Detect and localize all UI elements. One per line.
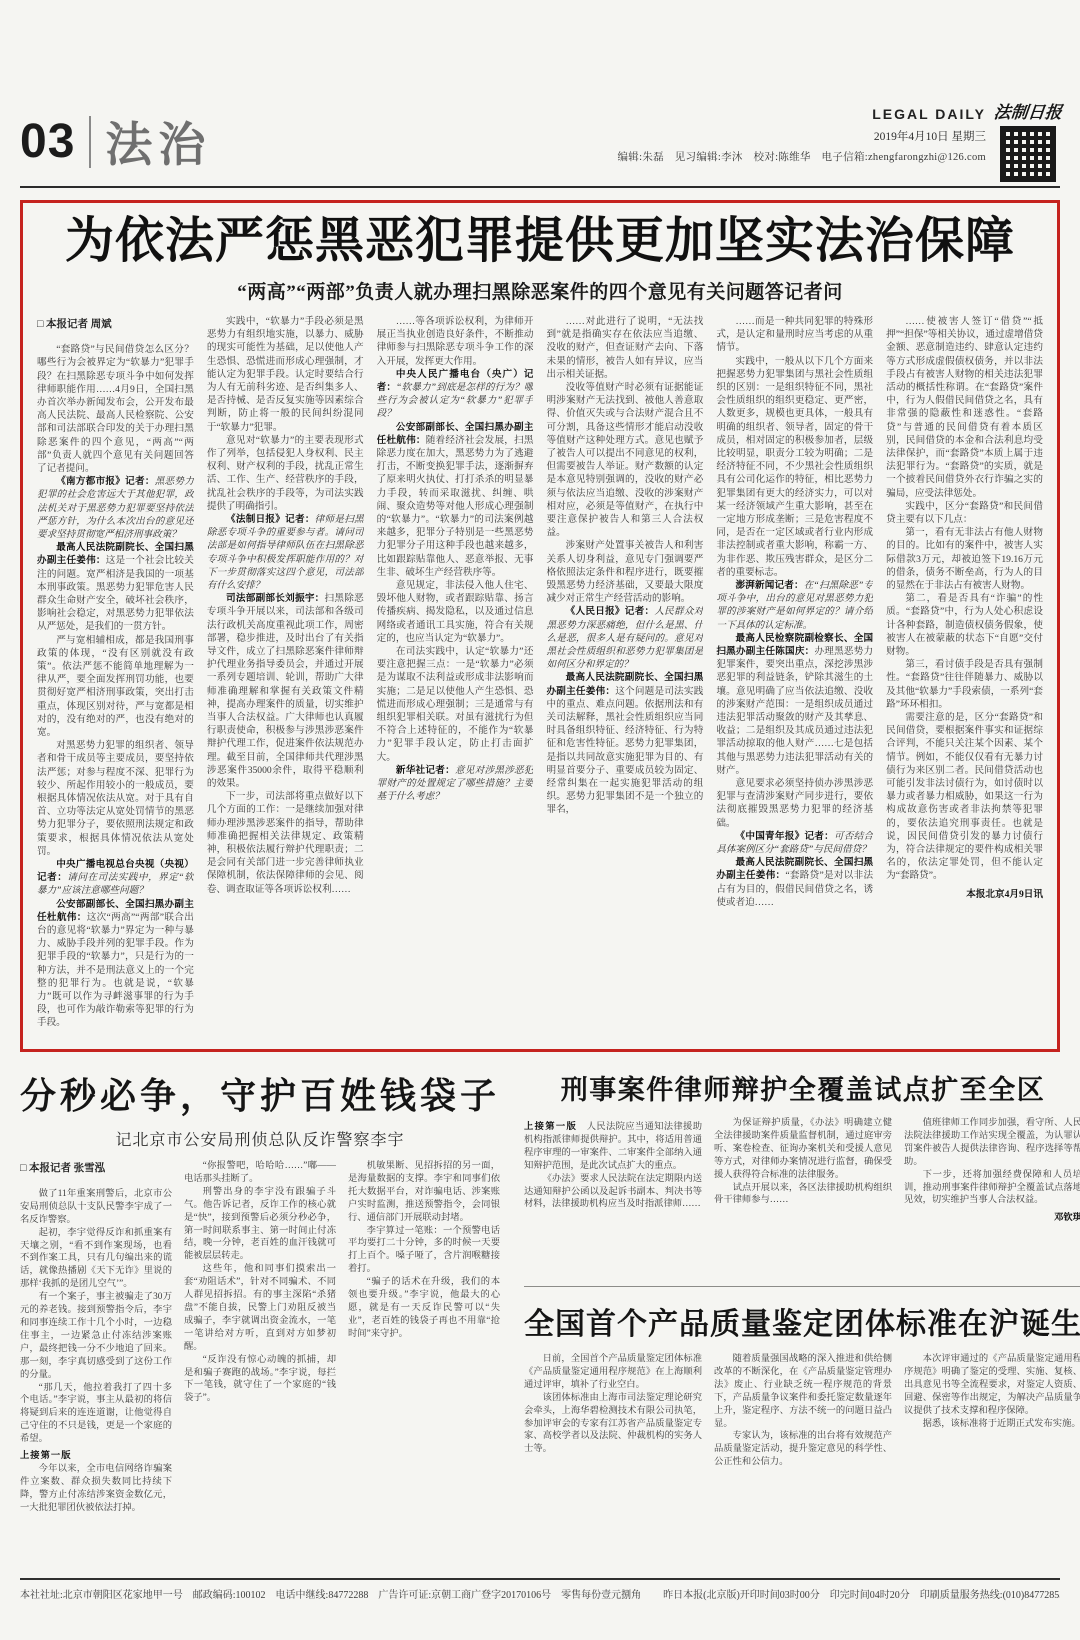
main-article-columns: □ 本报记者 周斌“套路贷”与民间借贷怎么区分？哪些行为会被界定为“软暴力”犯罪… <box>37 315 1043 1045</box>
masthead-divider <box>89 116 91 168</box>
paragraph: “那几天，他拉着我打了四十多个电话。”李宇说，事主从最初的将信将疑到后来的连连道… <box>20 1382 172 1447</box>
paragraph: ……使被害人签订“借贷”“抵押”“担保”等相关协议，通过虚增借贷金额、恶意制造违… <box>886 315 1043 500</box>
horizontal-divider <box>524 1286 1080 1287</box>
paragraph: 意见规定，非法侵入他人住宅、毁坏他人财物，或者跟踪贴靠、扬言传播疾病、揭发隐私，… <box>377 579 534 645</box>
issue-date: 2019年4月10日 星期三 <box>618 128 987 144</box>
text-column: 上接第一版 人民法院应当通知法律援助机构指派律师提供辩护。其中，将适用普通程序审… <box>524 1117 702 1273</box>
article-2: 分秒必争，守护百姓钱袋子 记北京市公安局刑侦总队反诈警察李宇 □ 本报记者 张雪… <box>20 1068 500 1560</box>
paragraph: 试点开展以来，各区法律援助机构组织骨干律师参与…… <box>714 1182 892 1208</box>
article-3: 刑事案件律师辩护全覆盖试点扩至全区 上接第一版 人民法院应当通知法律援助机构指派… <box>524 1068 1080 1273</box>
paragraph: 本次评审通过的《产品质量鉴定通用程序规范》明确了鉴定的受理、实施、复核、出具意见… <box>904 1353 1080 1418</box>
paragraph: 实践中，“软暴力”手段必须是黑恶势力有组织地实施，以暴力、威胁的现实可能性为基础… <box>207 315 364 434</box>
interview-answer: 最高人民法院副院长、全国扫黑办副主任姜伟：这个问题是司法实践中的重点、难点问题。… <box>546 671 703 816</box>
paragraph: “骗子的话术在升级，我们的本领也要升级。”李宇说，他最大的心愿，就是有一天反诈民… <box>348 1276 500 1341</box>
interview-answer: 最高人民法院副院长、全国扫黑办副主任姜伟：这是一个社会比较关注的问题。宽严相济是… <box>37 541 194 633</box>
continued-from-page-one-marker: 上接第一版 人民法院应当通知法律援助机构指派律师提供辩护。其中，将适用普通程序审… <box>524 1121 702 1173</box>
footer-right: 昨日本报(北京版)开印时间03时00分 印完时间04时20分 印刷质量服务热线:… <box>663 1586 1060 1601</box>
paper-name-english: LEGAL DAILY <box>618 106 987 122</box>
paragraph: ……而是一种共同犯罪的特殊形式，是认定和量刑时应当考虑的从重情节。 <box>716 315 873 355</box>
main-headline: 为依法严惩黑恶犯罪提供更加坚实法治保障 <box>37 215 1043 268</box>
interview-question: 《南方都市报》记者：黑恶势力犯罪的社会危害远大于其他犯罪，政法机关对于黑恶势力犯… <box>37 475 194 541</box>
byline: □ 本报记者 周斌 <box>37 318 194 331</box>
page-number: 03 <box>20 114 75 169</box>
paragraph: 在司法实践中，认定“软暴力”还要注意把握三点：一是“软暴力”必须是为谋取不法利益… <box>377 645 534 764</box>
continued-from-page-one-marker: 上接第一版 <box>20 1450 172 1463</box>
text-column: ……而是一种共同犯罪的特殊形式，是认定和量刑时应当考虑的从重情节。实践中，一般从… <box>716 315 873 1045</box>
text-column: ……使被害人签订“借贷”“抵押”“担保”等相关协议，通过虚增借贷金额、恶意制造违… <box>886 315 1043 1045</box>
paragraph: 这些年，他和同事们摸索出一套“劝阻话术”，针对不同骗术、不同人群见招拆招。有的事… <box>184 1263 336 1353</box>
interview-question: 中央人民广播电台（央广）记者：“软暴力”到底是怎样的行为？哪些行为会被认定为“软… <box>377 368 534 421</box>
paragraph: 机敏果断、见招拆招的另一面，是海量数据的支撑。李宇和同事们依托大数据平台，对诈骗… <box>348 1160 500 1225</box>
paragraph: 第二，看是否具有“诈骗”的性质。“套路贷”中，行为人处心积虑设计各种套路，制造债… <box>886 592 1043 658</box>
bottom-right-section: 刑事案件律师辩护全覆盖试点扩至全区 上接第一版 人民法院应当通知法律援助机构指派… <box>524 1068 1080 1560</box>
text-column: 机敏果断、见招拆招的另一面，是海量数据的支撑。李宇和同事们依托大数据平台，对诈骗… <box>348 1160 500 1560</box>
byline: □ 本报记者 张雪泓 <box>20 1163 172 1176</box>
paragraph: 下一步，还将加强经费保障和人员培训，推动刑事案件律师辩护全覆盖试点落地见效，切实… <box>904 1169 1080 1208</box>
text-column: □ 本报记者 周斌“套路贷”与民间借贷怎么区分？哪些行为会被界定为“软暴力”犯罪… <box>37 315 194 1045</box>
paragraph: 第一，看有无非法占有他人财物的目的。比如有的案件中，被害人实际借款3万元，却被迫… <box>886 526 1043 592</box>
paragraph: 严与宽相辅相成，都是我国刑事政策的体现，“没有区别就没有政策”。依法严惩不能简单… <box>37 634 194 740</box>
text-column: “你报警吧，哈哈哈……”嘟——电话那头挂断了。刑警出身的李宇没有跟骗子斗气。他告… <box>184 1160 336 1560</box>
text-column: 为保证辩护质量，《办法》明确建立健全法律援助案件质量监督机制，通过庭审旁听、案卷… <box>714 1117 892 1273</box>
main-article: 为依法严惩黑恶犯罪提供更加坚实法治保障 “两高”“两部”负责人就办理扫黑除恶案件… <box>20 200 1060 1052</box>
paragraph: 下一步，司法部将重点做好以下几个方面的工作：一是继续加强对律师办理涉黑涉恶案件的… <box>207 790 364 896</box>
text-column: 本次评审通过的《产品质量鉴定通用程序规范》明确了鉴定的受理、实施、复核、出具意见… <box>904 1353 1080 1549</box>
masthead: 03 法治 LEGAL DAILY 2019年4月10日 星期三 编辑:朱磊 见… <box>20 98 1060 184</box>
main-subtitle: “两高”“两部”负责人就办理扫黑除恶案件的四个意见有关问题答记者问 <box>37 277 1043 304</box>
interview-question: 中央广播电视总台央视（央视）记者：请问在司法实践中，界定“软暴力”应该注意哪些问… <box>37 858 194 898</box>
paragraph: 为保证辩护质量，《办法》明确建立健全法律援助案件质量监督机制，通过庭审旁听、案卷… <box>714 1117 892 1182</box>
footer-left: 本社社址:北京市朝阳区花家地甲一号 邮政编码:100102 电话中继线:8477… <box>20 1586 641 1601</box>
paragraph: 实践中，一般从以下几个方面来把握恶势力犯罪集团与黑社会性质组织的区别：一是组织特… <box>716 355 873 579</box>
interview-question: 《中国青年报》记者：可否结合具体案例区分“套路贷”与民间借贷？ <box>716 830 873 856</box>
paragraph: 《办法》要求人民法院在法定期限内送达通知辩护公函以及起诉书副本、判决书等材料，法… <box>524 1173 702 1212</box>
qr-code-icon <box>1000 126 1056 182</box>
paragraph: 需要注意的是，区分“套路贷”和民间借贷，要根据案件事实和证据综合评判，不能只关注… <box>886 711 1043 883</box>
article-3-columns: 上接第一版 人民法院应当通知法律援助机构指派律师提供辩护。其中，将适用普通程序审… <box>524 1117 1080 1273</box>
interview-answer: 最高人民检察院副检察长、全国扫黑办副主任陈国庆：办理黑恶势力犯罪案件，要突出重点… <box>716 632 873 777</box>
article-4-columns: 日前，全国首个产品质量鉴定团体标准《产品质量鉴定通用程序规范》在上海顺利通过评审… <box>524 1353 1080 1549</box>
interview-question: 《人民日报》记者：人民群众对黑恶势力深恶痛绝，但什么是黑、什么是恶，很多人是有疑… <box>546 605 703 671</box>
interview-answer: 司法部副部长刘振宇：扫黑除恶专项斗争开展以来，司法部和各级司法行政机关高度重视此… <box>207 592 364 790</box>
text-column: ……等各项诉讼权利，为律师开展正当执业创造良好条件，不断推动律师参与扫黑除恶专项… <box>377 315 534 1045</box>
paragraph: 值班律师工作同步加强，看守所、人民法院法律援助工作站实现全覆盖，为认罪认罚案件被… <box>904 1117 1080 1169</box>
footer-line: 本社社址:北京市朝阳区花家地甲一号 邮政编码:100102 电话中继线:8477… <box>20 1586 1060 1601</box>
paragraph: 意见要求必须坚持侦办涉黑涉恶犯罪与查清涉案财产同步进行，要依法彻底摧毁黑恶势力犯… <box>716 777 873 830</box>
interview-answer: 公安部副部长、全国扫黑办副主任杜航伟：这次“两高”“两部”联合出台的意见将“软暴… <box>37 898 194 1030</box>
paragraph: 该团体标准由上海市司法鉴定理论研究会牵头，上海华碧检测技术有限公司执笔，参加评审… <box>524 1392 702 1457</box>
paragraph: “套路贷”与民间借贷怎么区分？哪些行为会被界定为“软暴力”犯罪手段？在扫黑除恶专… <box>37 343 194 475</box>
masthead-rule <box>20 186 1060 188</box>
paragraph: 李宇算过一笔账：一个预警电话平均要打二十分钟，多的时候一天要打上百个。嗓子哑了，… <box>348 1225 500 1277</box>
paragraph: 实践中，区分“套路贷”和民间借贷主要有以下几点： <box>886 500 1043 526</box>
interview-question: 澎湃新闻记者：在“扫黑除恶”专项斗争中，出台的意见对黑恶势力犯罪的涉案财产是如何… <box>716 579 873 632</box>
masthead-brand: 法制日报 <box>996 98 1060 182</box>
article-2-subtitle: 记北京市公安局刑侦总队反诈警察李宇 <box>20 1127 500 1150</box>
paper-logo: 法制日报 <box>993 98 1064 123</box>
article-2-columns: □ 本报记者 张雪泓做了11年重案刑警后，北京市公安局刑侦总队十支队民警李宇成了… <box>20 1160 500 1560</box>
text-column: 实践中，“软暴力”手段必须是黑恶势力有组织地实施，以暴力、威胁的现实可能性为基础… <box>207 315 364 1045</box>
article-4: 全国首个产品质量鉴定团体标准在沪诞生 日前，全国首个产品质量鉴定团体标准《产品质… <box>524 1299 1080 1549</box>
paragraph: 起初，李宇觉得反诈和抓重案有天壤之别，“看不到作案现场，也看不到作案工具，只有几… <box>20 1227 172 1292</box>
bottom-section: 分秒必争，守护百姓钱袋子 记北京市公安局刑侦总队反诈警察李宇 □ 本报记者 张雪… <box>20 1068 1060 1560</box>
paragraph: “反诈没有惊心动魄的抓捕，却是和骗子赛跑的战场。”李宇说，每拦下一笔钱，就守住了… <box>184 1354 336 1406</box>
paragraph: 日前，全国首个产品质量鉴定团体标准《产品质量鉴定通用程序规范》在上海顺利通过评审… <box>524 1353 702 1392</box>
editors-line: 编辑:朱磊 见习编辑:李沐 校对:陈维华 电子信箱:zhengfarongzhi… <box>618 149 987 164</box>
masthead-left: 03 法治 <box>20 98 211 175</box>
paragraph: 有一个案子，事主被骗走了30万元的养老钱。接到预警指令后，李宇和同事连续工作十几… <box>20 1291 172 1381</box>
masthead-meta: LEGAL DAILY 2019年4月10日 星期三 编辑:朱磊 见习编辑:李沐… <box>618 98 997 164</box>
paragraph: ……等各项诉讼权利，为律师开展正当执业创造良好条件，不断推动律师参与扫黑除恶专项… <box>377 315 534 368</box>
paragraph: 第三，看讨债手段是否具有强制性。“套路贷”往往伴随暴力、威胁以及其他“软暴力”手… <box>886 658 1043 711</box>
interview-question: 《法制日报》记者：律师是扫黑除恶专项斗争的重要参与者。请问司法部是如何指导律师队… <box>207 513 364 592</box>
text-column: 值班律师工作同步加强，看守所、人民法院法律援助工作站实现全覆盖，为认罪认罚案件被… <box>904 1117 1080 1273</box>
paragraph: 专家认为，该标准的出台将有效规范产品质量鉴定活动，提升鉴定意见的科学性、公正性和… <box>714 1430 892 1469</box>
paragraph: 没收等值财产时必须有证据能证明涉案财产无法找到、被他人善意取得、价值灭失或与合法… <box>546 381 703 539</box>
interview-question: 新华社记者：意见对涉黑涉恶犯罪财产的处置规定了哪些措施？主要基于什么考虑？ <box>377 764 534 804</box>
text-column: □ 本报记者 张雪泓做了11年重案刑警后，北京市公安局刑侦总队十支队民警李宇成了… <box>20 1160 172 1560</box>
dateline: 本报北京4月9日讯 <box>886 888 1043 901</box>
paragraph: 据悉，该标准将于近期正式发布实施。 <box>904 1418 1080 1431</box>
article-2-headline: 分秒必争，守护百姓钱袋子 <box>20 1068 500 1119</box>
newspaper-page: 03 法治 LEGAL DAILY 2019年4月10日 星期三 编辑:朱磊 见… <box>0 0 1080 1640</box>
paragraph: 今年以来，全市电信网络诈骗案件立案数、群众损失数同比持续下降，警方止付冻结涉案资… <box>20 1463 172 1515</box>
paragraph: ……对此进行了说明，“无法找到”就是指确实存在依法应当追缴、没收的财产，但查证财… <box>546 315 703 381</box>
article-4-headline: 全国首个产品质量鉴定团体标准在沪诞生 <box>524 1299 1080 1343</box>
text-column: 日前，全国首个产品质量鉴定团体标准《产品质量鉴定通用程序规范》在上海顺利通过评审… <box>524 1353 702 1549</box>
article-3-headline: 刑事案件律师辩护全覆盖试点扩至全区 <box>524 1068 1080 1107</box>
section-title: 法治 <box>105 108 211 175</box>
interview-answer: 公安部副部长、全国扫黑办副主任杜航伟：随着经济社会发展，扫黑除恶力度在加大，黑恶… <box>377 421 534 579</box>
text-column: 随着质量强国战略的深入推进和供给侧改革的不断深化，在《产品质量鉴定管理办法》废止… <box>714 1353 892 1549</box>
interview-answer: 最高人民法院副院长、全国扫黑办副主任姜伟：“套路贷”是对以非法占有为目的，假借民… <box>716 856 873 909</box>
paragraph: 刑警出身的李宇没有跟骗子斗气。他告诉记者，反诈工作的核心就是“快”，接到预警后必… <box>184 1186 336 1263</box>
page-footer: 本社社址:北京市朝阳区花家地甲一号 邮政编码:100102 电话中继线:8477… <box>20 1578 1060 1601</box>
paragraph: 意见对“软暴力”的主要表现形式作了列举，包括侵犯人身权利、民主权利、财产权利的手… <box>207 434 364 513</box>
paragraph: 对黑恶势力犯罪的组织者、领导者和骨干成员等主要成员，要坚持依法严惩；对参与程度不… <box>37 739 194 858</box>
paragraph: 随着质量强国战略的深入推进和供给侧改革的不断深化，在《产品质量鉴定管理办法》废止… <box>714 1353 892 1430</box>
text-column: ……对此进行了说明，“无法找到”就是指确实存在依法应当追缴、没收的财产，但查证财… <box>546 315 703 1045</box>
paragraph: 涉案财产处置事关被告人和利害关系人切身利益，意见专门强调要严格依照法定条件和程序… <box>546 539 703 605</box>
dateline: 邓钦琪 <box>904 1212 1080 1225</box>
paragraph: “你报警吧，哈哈哈……”嘟——电话那头挂断了。 <box>184 1160 336 1186</box>
paragraph: 做了11年重案刑警后，北京市公安局刑侦总队十支队民警李宇成了一名反诈警察。 <box>20 1188 172 1227</box>
